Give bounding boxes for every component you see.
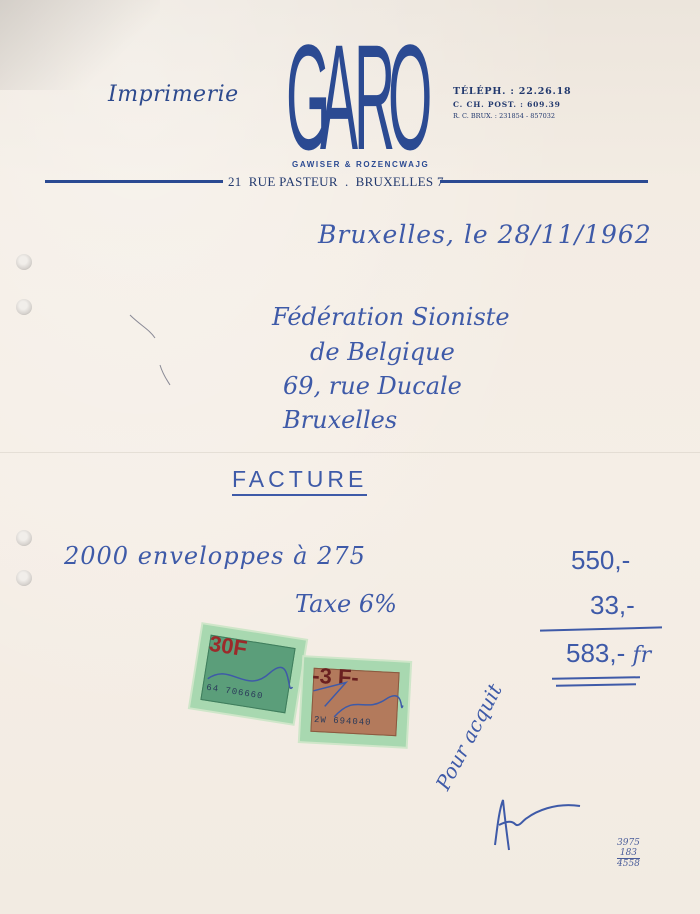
brand-letter: A — [320, 38, 333, 156]
brand-letter: R — [354, 38, 367, 156]
pen-stroke-mark — [125, 310, 205, 390]
punch-hole — [16, 570, 32, 586]
revenue-stamp: 30F 64 706660 — [190, 624, 306, 723]
reference-line: 183 — [617, 848, 640, 858]
company-address: 21 RUE PASTEUR . BRUXELLES 7 — [228, 174, 444, 190]
total-underline — [552, 676, 640, 680]
punch-hole — [16, 254, 32, 270]
signature-icon — [485, 790, 585, 860]
fold-line — [0, 452, 700, 453]
reference-line: 4558 — [617, 858, 640, 869]
total-underline — [556, 683, 636, 686]
total-amount: 583,- — [566, 638, 625, 668]
punch-hole — [16, 299, 32, 315]
reference-calculation: 3975 183 4558 — [617, 838, 640, 869]
invoice-title: FACTURE — [232, 466, 367, 496]
telephone: TÉLÉPH. : 22.26.18 — [453, 86, 571, 97]
registre-commerce: R. C. BRUX. : 231854 - 857032 — [453, 112, 571, 120]
item-amount: 550,- — [571, 545, 630, 576]
cancellation-scribble-icon — [194, 628, 303, 720]
recipient-line-2: de Belgique — [310, 338, 455, 366]
place-date: Bruxelles, le 28/11/1962 — [318, 220, 652, 249]
recipient-line-4: Bruxelles — [283, 406, 397, 434]
cheque-postal: C. CH. POST. : 609.39 — [453, 100, 571, 109]
brand-letter: O — [388, 38, 401, 156]
contact-block: TÉLÉPH. : 22.26.18 C. CH. POST. : 609.39… — [453, 86, 571, 120]
invoice-total: 583,- fr — [566, 638, 651, 669]
revenue-stamp: -3 F- 2W 694040 — [300, 657, 410, 746]
pour-acquit-note: Pour acquit — [431, 680, 507, 794]
brand-letter: G — [286, 38, 299, 156]
owners-line: GAWISER & ROZENCWAJG — [292, 160, 429, 169]
item-description: Taxe 6% — [295, 590, 397, 618]
item-amount: 33,- — [590, 590, 635, 621]
brand-logo: G A R O — [286, 38, 420, 156]
recipient-line-1: Fédération Sioniste — [272, 303, 510, 331]
invoice-paper: Imprimerie G A R O GAWISER & ROZENCWAJG … — [0, 0, 700, 914]
header-rule-left — [45, 180, 223, 183]
header-rule-right — [440, 180, 648, 183]
reference-line: 3975 — [617, 838, 640, 848]
cancellation-scribble-icon — [303, 660, 407, 743]
total-currency: fr — [633, 643, 652, 668]
sum-rule — [540, 626, 662, 631]
punch-hole — [16, 530, 32, 546]
imprimerie-label: Imprimerie — [108, 82, 239, 107]
item-description: 2000 enveloppes à 275 — [64, 542, 366, 570]
recipient-line-3: 69, rue Ducale — [283, 372, 462, 400]
